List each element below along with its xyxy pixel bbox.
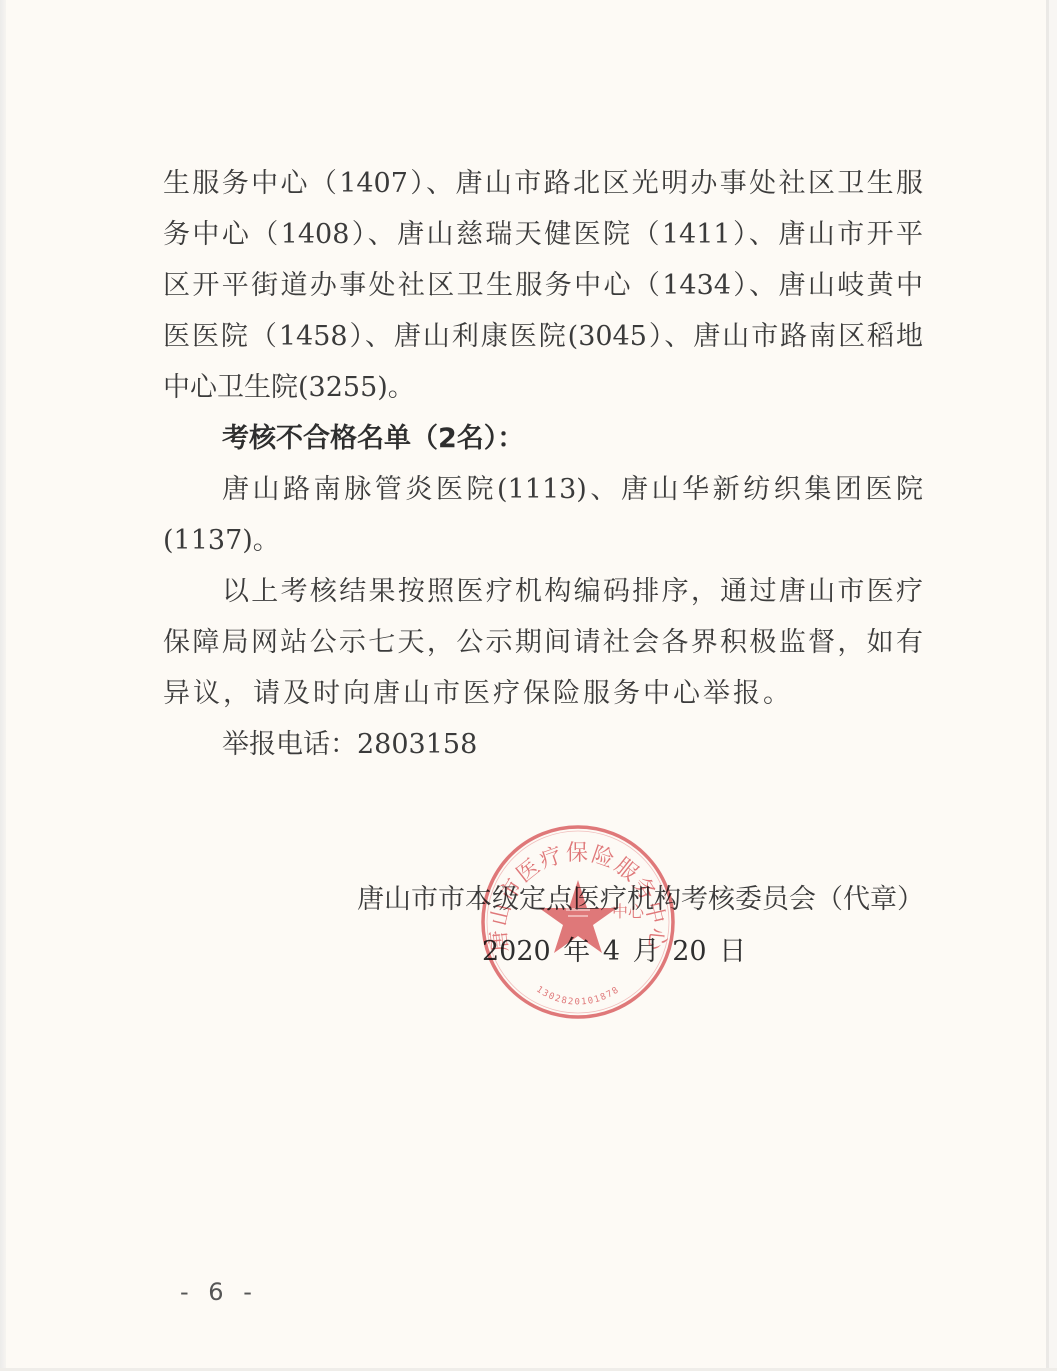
report-phone-label: 举报电话： bbox=[222, 729, 357, 760]
body-line: 中心卫生院(3255)。 bbox=[163, 370, 923, 406]
page-edge-left bbox=[0, 0, 6, 1371]
body-line: (1137)。 bbox=[163, 523, 923, 559]
page-edge-right-outer bbox=[1049, 0, 1057, 1371]
stamp-serial-number: 1302820101878 bbox=[534, 985, 621, 1008]
body-line: 保障局网站公示七天，公示期间请社会各界积极监督，如有 bbox=[163, 625, 923, 661]
section-heading: 考核不合格名单（2名）： bbox=[222, 421, 923, 457]
report-phone-number: 2803158 bbox=[357, 729, 477, 760]
official-seal-stamp: 唐山市医疗保险服务中心 中心 1302820101878 bbox=[478, 822, 678, 1022]
body-line: 异议，请及时向唐山市医疗保险服务中心举报。 bbox=[163, 676, 923, 712]
body-line: 唐山路南脉管炎医院(1113)、唐山华新纺织集团医院 bbox=[222, 472, 923, 508]
body-line: 务中心（1408）、唐山慈瑞天健医院（1411）、唐山市开平 bbox=[163, 217, 923, 253]
body-line: 生服务中心（1407）、唐山市路北区光明办事处社区卫生服 bbox=[163, 166, 923, 202]
page-number: - 6 - bbox=[180, 1276, 258, 1308]
stamp-inner-text: 中心 bbox=[612, 902, 645, 921]
body-line: 区开平街道办事处社区卫生服务中心（1434）、唐山岐黄中 bbox=[163, 268, 923, 304]
body-line: 以上考核结果按照医疗机构编码排序，通过唐山市医疗 bbox=[222, 574, 923, 610]
report-phone: 举报电话：2803158 bbox=[222, 727, 923, 763]
page-edge-right bbox=[1046, 0, 1049, 1371]
body-line: 医医院（1458）、唐山利康医院(3045）、唐山市路南区稻地 bbox=[163, 319, 923, 355]
